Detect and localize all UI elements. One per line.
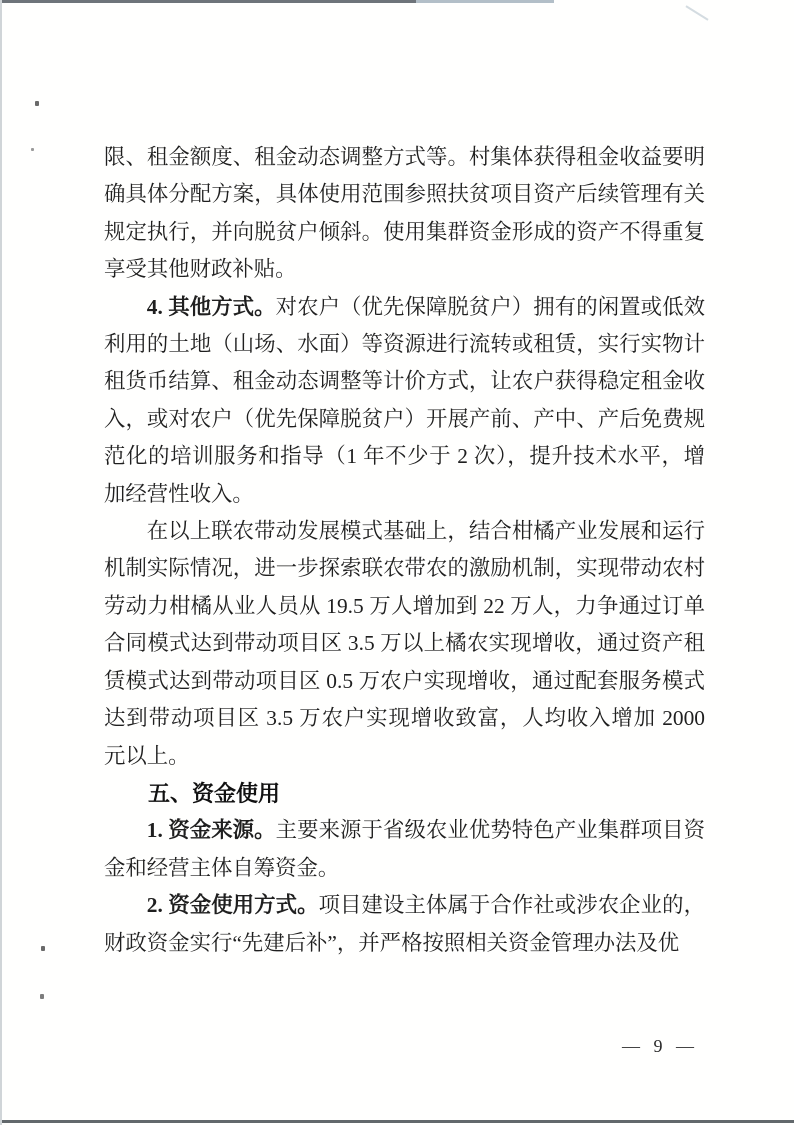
paragraph-text: 限、租金额度、租金动态调整方式等。村集体获得租金收益要明确具体分配方案，具体使用…	[104, 145, 705, 281]
scan-speck	[35, 101, 39, 106]
paragraph-bold-lead: 2. 资金使用方式。	[147, 893, 319, 917]
document-page: 限、租金额度、租金动态调整方式等。村集体获得租金收益要明确具体分配方案，具体使用…	[0, 0, 794, 1125]
scan-artifact-left-edge	[0, 0, 2, 1125]
scan-smudge	[685, 5, 708, 20]
paragraph: 在以上联农带动发展模式基础上，结合柑橘产业发展和运行机制实际情况，进一步探索联农…	[104, 513, 705, 775]
scan-speck	[31, 148, 34, 151]
document-body: 限、租金额度、租金动态调整方式等。村集体获得租金收益要明确具体分配方案，具体使用…	[104, 139, 705, 962]
paragraph: 限、租金额度、租金动态调整方式等。村集体获得租金收益要明确具体分配方案，具体使用…	[104, 139, 705, 289]
scan-artifact-top-edge-dark	[0, 0, 416, 3]
scan-speck	[41, 946, 45, 951]
paragraph-bold-lead: 4. 其他方式。	[147, 295, 276, 319]
scan-speck	[40, 994, 44, 999]
page-number: — 9 —	[622, 1036, 696, 1057]
paragraph-text: 在以上联农带动发展模式基础上，结合柑橘产业发展和运行机制实际情况，进一步探索联农…	[104, 519, 705, 767]
paragraph: 4. 其他方式。对农户（优先保障脱贫户）拥有的闲置或低效利用的土地（山场、水面）…	[104, 289, 705, 513]
scan-artifact-bottom-edge	[0, 1120, 794, 1123]
paragraph-bold-lead: 1. 资金来源。	[147, 818, 276, 842]
paragraph: 1. 资金来源。主要来源于省级农业优势特色产业集群项目资金和经营主体自筹资金。	[104, 812, 705, 887]
paragraph-bold-lead: 五、资金使用	[148, 781, 280, 806]
scan-artifact-top-edge-light	[416, 0, 554, 3]
paragraph: 2. 资金使用方式。项目建设主体属于合作社或涉农企业的，财政资金实行“先建后补”…	[104, 887, 705, 962]
paragraph-text: 对农户（优先保障脱贫户）拥有的闲置或低效利用的土地（山场、水面）等资源进行流转或…	[104, 295, 705, 506]
section-heading: 五、资金使用	[104, 775, 705, 812]
